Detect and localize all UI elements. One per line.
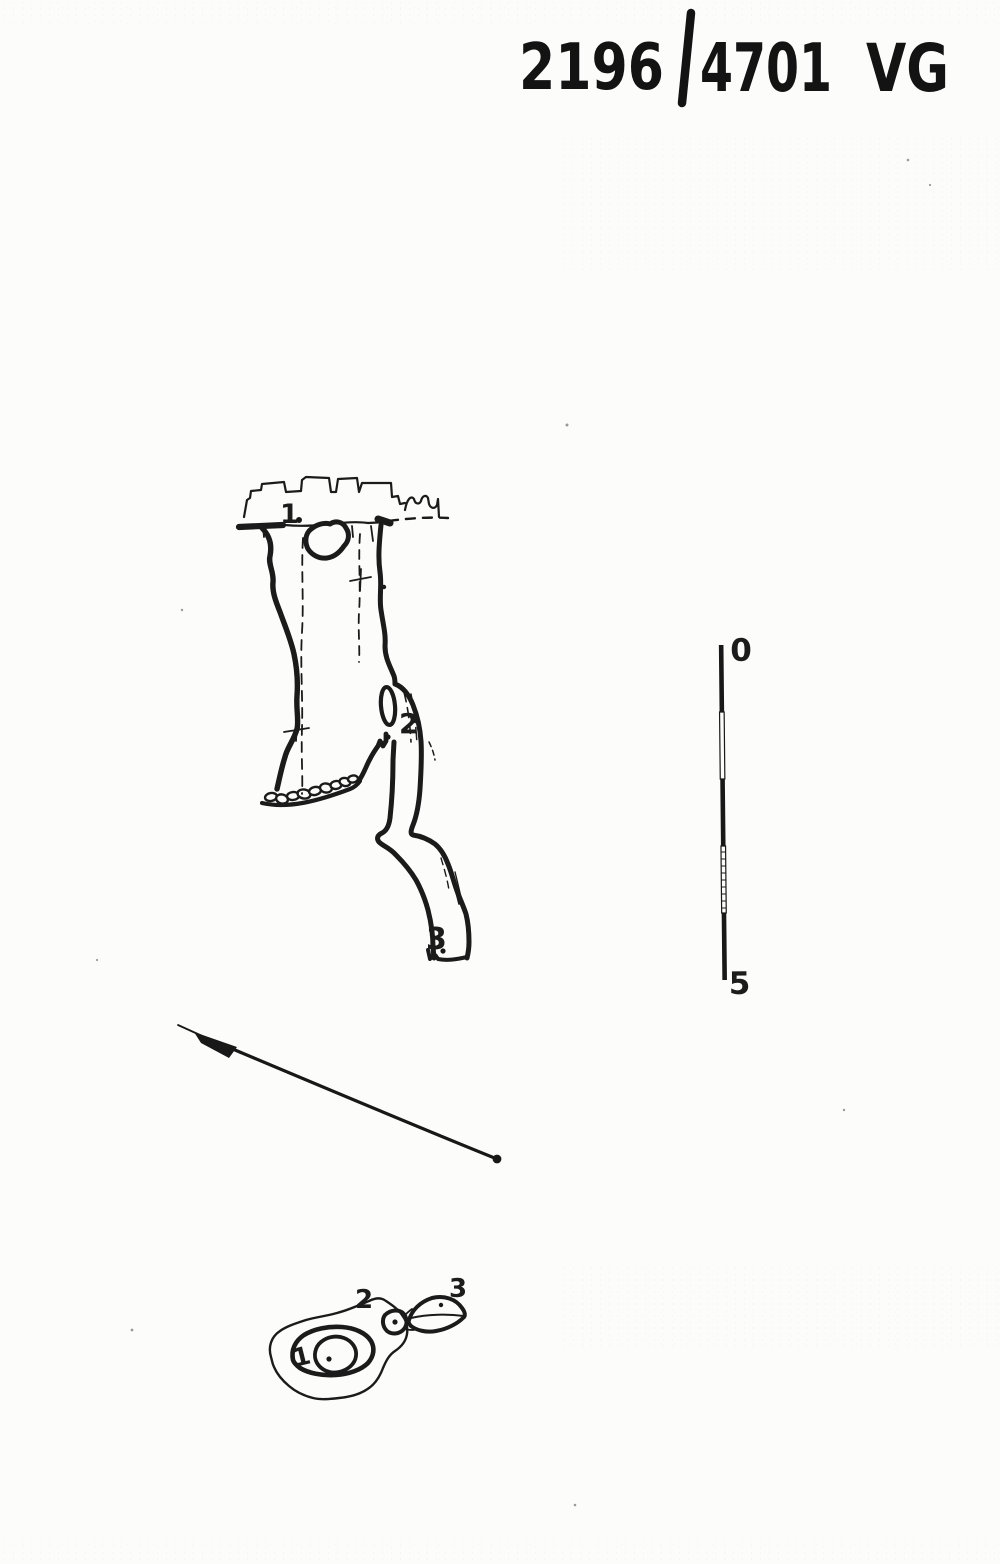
window-opening-oval [379, 686, 396, 725]
ground-tick [371, 526, 373, 541]
wall-section-hatch [429, 742, 435, 760]
survey-drawing: 2196 4701 VG [0, 0, 1000, 1564]
north-arrow [178, 1025, 501, 1163]
title-code-right: 4701 [700, 29, 832, 107]
survey-cross-mark [284, 719, 309, 741]
profile-station-2-label: 2 [399, 707, 418, 740]
ink-speck [382, 585, 386, 589]
scale-bar-segment-solid [719, 645, 724, 712]
scale-start-label: 0 [730, 633, 752, 669]
shaft-right-wall [379, 525, 395, 684]
survey-dashed-line-b [359, 534, 360, 662]
plan-station-2-label: 2 [355, 1285, 373, 1315]
plan-station-1-dot [326, 1356, 331, 1361]
shaft-right-wall-top [378, 519, 390, 523]
profile-station-2-dot [385, 734, 390, 739]
surface-profile-curl [405, 496, 439, 517]
plan-station-1-label: 1 [290, 1340, 314, 1372]
plan-station-2-dot [392, 1319, 397, 1324]
surface-profile-line [244, 477, 405, 517]
scanned-survey-page: 2196 4701 VG [0, 0, 1000, 1564]
profile-section-view: 1 2 3 [239, 477, 469, 960]
plan-station-3-label: 3 [449, 1274, 467, 1304]
survey-cross-mark [350, 569, 371, 591]
scan-specks [96, 159, 931, 1507]
profile-station-1-label: 1 [280, 499, 299, 530]
profile-station-3-dot [440, 948, 445, 953]
ground-tick [352, 526, 353, 537]
page-title: 2196 4701 VG [519, 13, 949, 107]
plan-chamber-3-midline [411, 1315, 464, 1318]
title-suffix: VG [866, 30, 949, 107]
scale-bar: 0 5 [719, 633, 756, 1002]
scale-bar-segment-solid [720, 779, 725, 846]
scale-bar-segment-solid [722, 913, 727, 980]
profile-station-1-dot [296, 517, 302, 523]
survey-dashed-line-a [301, 538, 303, 794]
title-slash-line [682, 13, 691, 103]
boulder-outline [306, 522, 349, 558]
shaft-left-wall [262, 528, 298, 789]
ground-dashed-line [389, 518, 448, 521]
floor-rise-line [358, 734, 386, 782]
plan-station-3-dot [439, 1303, 443, 1307]
scale-end-label: 5 [729, 966, 751, 1002]
plan-view: 1 2 3 [270, 1274, 467, 1399]
scale-bar-segment-open [720, 712, 725, 779]
north-arrow-head [194, 1032, 237, 1058]
north-arrow-line [235, 1050, 497, 1159]
north-arrow-origin-dot [493, 1155, 502, 1164]
plan-chamber-1-outline [315, 1337, 356, 1373]
title-code-left: 2196 [519, 31, 664, 105]
